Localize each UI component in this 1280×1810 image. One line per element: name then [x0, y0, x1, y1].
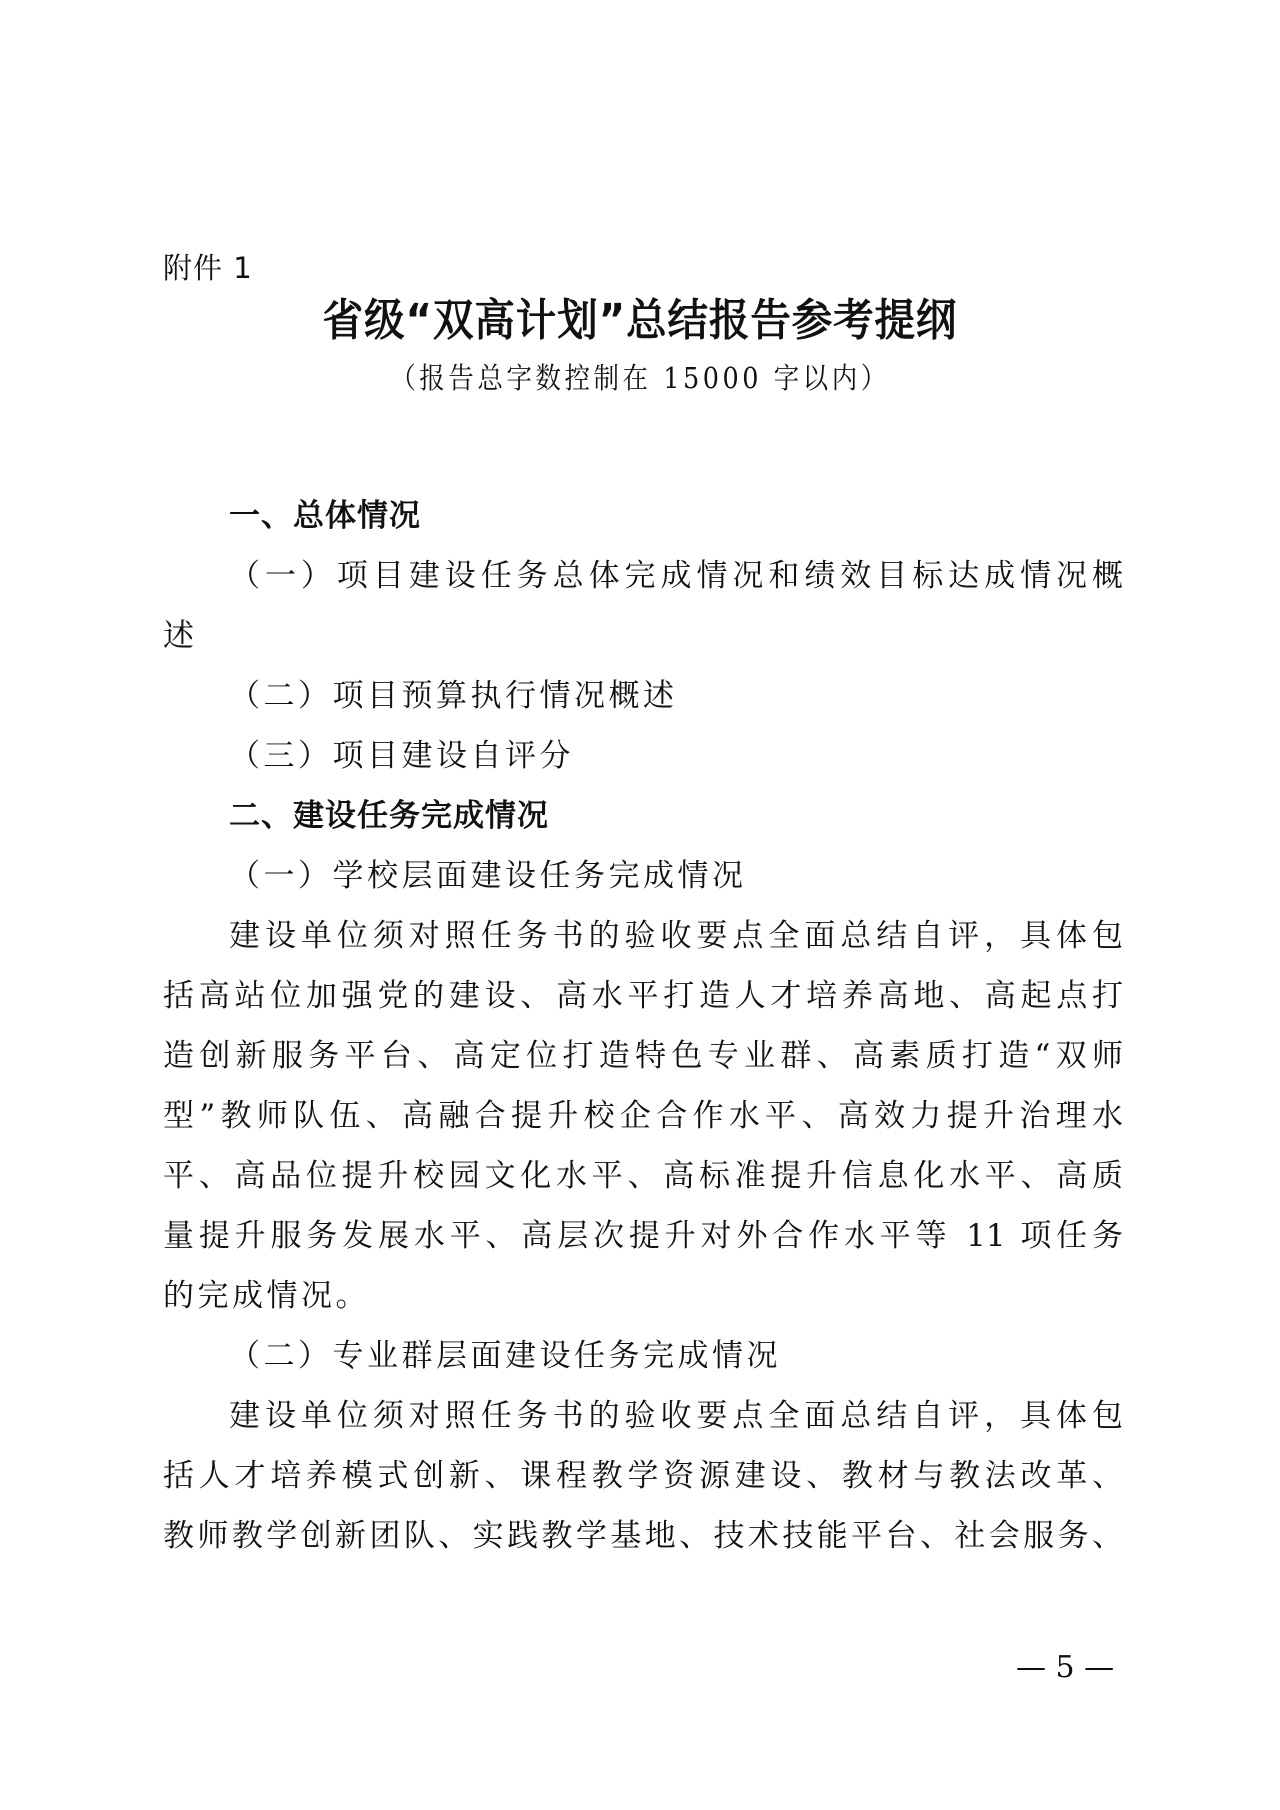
subsection-heading-2-1: （一）学校层面建设任务完成情况 [163, 846, 1123, 906]
paragraph-line: 括高站位加强党的建设、高水平打造人才培养高地、高起点打 [163, 966, 1123, 1026]
subsection-heading-2-2: （二）专业群层面建设任务完成情况 [163, 1326, 1123, 1386]
paragraph-line: 量提升服务发展水平、高层次提升对外合作水平等 11 项任务 [163, 1206, 1123, 1266]
attachment-label: 附件 1 [163, 246, 253, 287]
paragraph-line: 造创新服务平台、高定位打造特色专业群、高素质打造“双师 [163, 1026, 1123, 1086]
paragraph-line: 建设单位须对照任务书的验收要点全面总结自评，具体包 [163, 906, 1123, 966]
outline-item-1-1-continued: 述 [163, 606, 1123, 666]
document-title: 省级“双高计划”总结报告参考提纲 [51, 284, 1229, 348]
paragraph-line: 型”教师队伍、高融合提升校企合作水平、高效力提升治理水 [163, 1086, 1123, 1146]
paragraph-line: 括人才培养模式创新、课程教学资源建设、教材与教法改革、 [163, 1446, 1123, 1506]
document-page: 附件 1 省级“双高计划”总结报告参考提纲 （报告总字数控制在 15000 字以… [0, 0, 1280, 1810]
outline-item-1-3: （三）项目建设自评分 [163, 726, 1123, 786]
section-heading-2: 二、建设任务完成情况 [163, 786, 1123, 846]
outline-item-1-2: （二）项目预算执行情况概述 [163, 666, 1123, 726]
page-number: — 5 — [1016, 1650, 1114, 1685]
paragraph-line: 的完成情况。 [163, 1266, 1123, 1326]
section-heading-1: 一、总体情况 [163, 486, 1123, 546]
outline-item-1-1: （一）项目建设任务总体完成情况和绩效目标达成情况概 [163, 546, 1123, 606]
paragraph-line: 建设单位须对照任务书的验收要点全面总结自评，具体包 [163, 1386, 1123, 1446]
paragraph-line: 平、高品位提升校园文化水平、高标准提升信息化水平、高质 [163, 1146, 1123, 1206]
paragraph-line: 教师教学创新团队、实践教学基地、技术技能平台、社会服务、 [163, 1506, 1123, 1566]
document-subtitle: （报告总字数控制在 15000 字以内） [77, 356, 1203, 397]
document-body: 一、总体情况 （一）项目建设任务总体完成情况和绩效目标达成情况概 述 （二）项目… [163, 486, 1123, 1566]
